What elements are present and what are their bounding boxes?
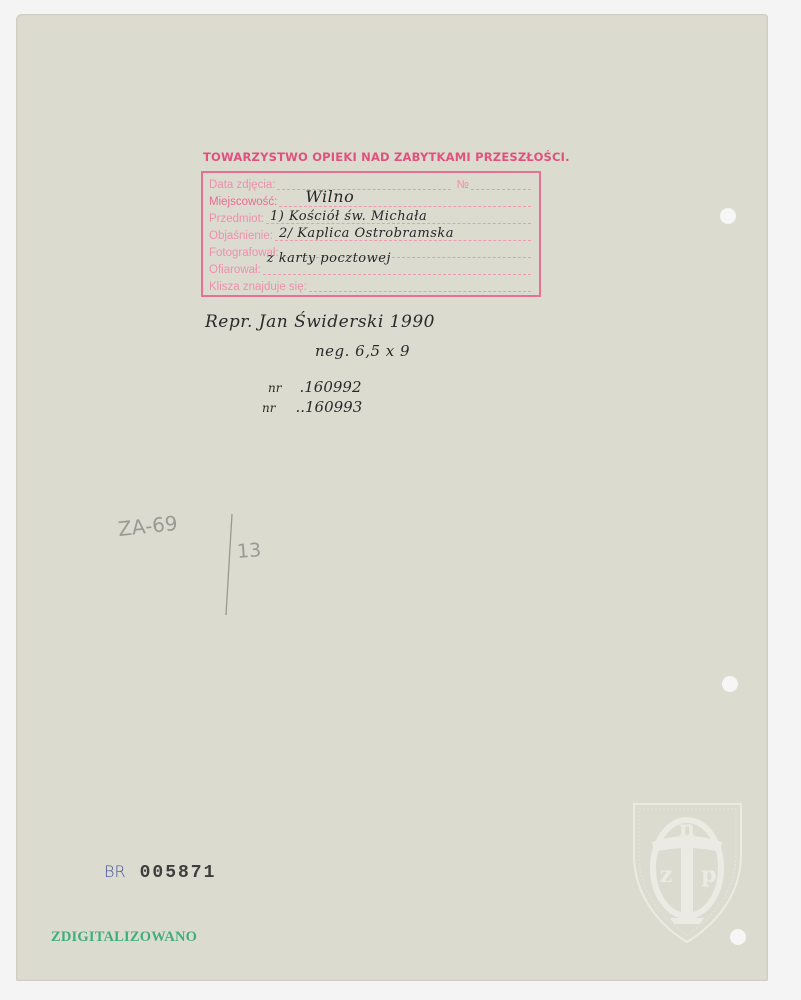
stamp-value: 1) Kościół św. Michała: [270, 209, 427, 224]
pencil-folio: 13: [236, 539, 262, 563]
stamp-row-subject: Przedmiot: 1) Kościół św. Michała: [209, 210, 531, 226]
stamp-label: Data zdjęcia:: [209, 178, 275, 192]
stamp-label: Ofiarował:: [209, 263, 261, 277]
stamp-field-line: [277, 175, 450, 190]
svg-text:z: z: [660, 862, 673, 888]
stamp-field-line: 1) Kościół św. Michała: [266, 209, 531, 224]
stamp-row-place: Miejscowość: Wilno: [209, 193, 531, 209]
negative-number-2: nr..160993: [262, 398, 362, 416]
stamp-label: Przedmiot:: [209, 212, 264, 226]
digitized-stamp: ZDIGITALIZOWANO: [51, 929, 197, 946]
nr-value: .160992: [299, 378, 361, 396]
nr-label: nr: [268, 381, 281, 395]
reproduction-note: Repr. Jan Świderski 1990: [205, 312, 435, 332]
svg-text:n: n: [679, 816, 695, 842]
negative-size-note: neg. 6,5 x 9: [315, 342, 410, 360]
stamp-value: Wilno: [305, 187, 354, 206]
stamp-label: Miejscowość:: [209, 195, 277, 209]
punch-hole-middle: [722, 676, 738, 692]
stamp-row-donor: Ofiarował: z karty pocztowej: [209, 261, 531, 277]
svg-text:p: p: [701, 862, 716, 888]
catalog-prefix: BR: [104, 862, 126, 881]
punch-hole-top: [720, 208, 736, 224]
stamp-value: z karty pocztowej: [267, 251, 391, 266]
nr-label: nr: [262, 401, 275, 415]
stamp-label: Objaśnienie:: [209, 229, 273, 243]
stamp-field-line: [309, 277, 531, 292]
catalog-value: 005871: [140, 863, 217, 883]
catalog-number: BR 005871: [104, 862, 216, 883]
ntzp-watermark-icon: n z p: [630, 800, 745, 945]
stamp-field-line: Wilno: [279, 192, 531, 207]
stamp-field-line: z karty pocztowej: [263, 260, 531, 275]
stamp-field-line: 2/ Kaplica Ostrobramska: [275, 226, 531, 241]
stamp-title: TOWARZYSTWO OPIEKI NAD ZABYTKAMI PRZESZŁ…: [203, 150, 548, 164]
number-sign: №: [457, 178, 469, 192]
stamp-row-date: Data zdjęcia: №: [209, 176, 531, 192]
stamp-row-negative-location: Klisza znajduje się:: [209, 278, 531, 294]
stamp-value: 2/ Kaplica Ostrobramska: [279, 226, 454, 241]
pencil-stroke-icon: [225, 512, 233, 617]
nr-value: ..160993: [295, 398, 362, 416]
stamp-label: Klisza znajduje się:: [209, 280, 307, 294]
negative-number-1: nr.160992: [268, 378, 362, 396]
stamp-number-line: [471, 175, 531, 190]
stamp-form: Data zdjęcia: № Miejscowość: Wilno Przed…: [201, 171, 541, 297]
stamp-row-explanation: Objaśnienie: 2/ Kaplica Ostrobramska: [209, 227, 531, 243]
